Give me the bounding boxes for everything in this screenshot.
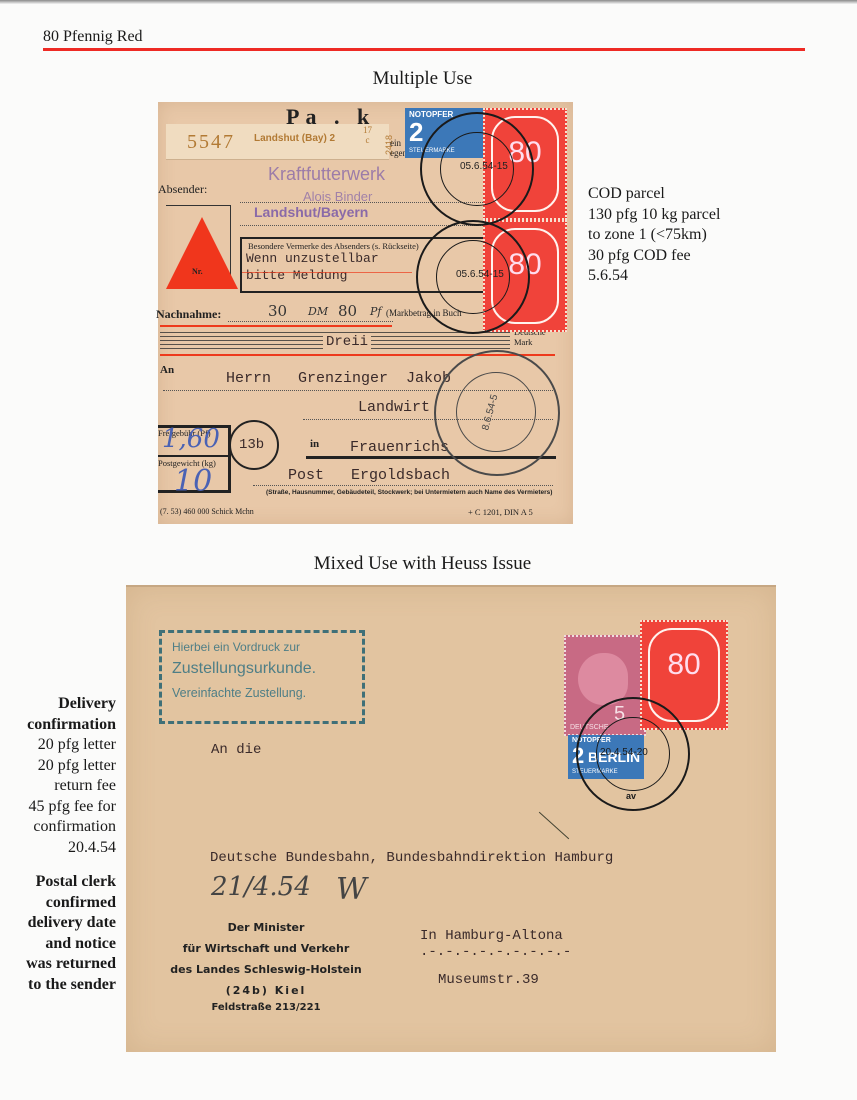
amount-words: Dreii	[323, 334, 371, 350]
pf-symbol: Pf	[370, 305, 381, 318]
registration-place: Landshut (Bay) 2	[254, 133, 335, 144]
special-notes-line: Wenn unzustellbar	[246, 251, 379, 266]
divider	[166, 205, 230, 206]
postmark-landshut: 05.6.54-15	[416, 220, 530, 334]
address-hint: (Straße, Hausnummer, Gebäudeteil, Stockw…	[266, 489, 552, 496]
top-edge-shadow	[0, 0, 857, 4]
header-fragment: ein	[390, 138, 401, 148]
delivery-cachet: Hierbei ein Vordruck zur Zustellungsurku…	[159, 630, 365, 724]
dash-line: .-.-.-.-.-.-.-.-.-	[420, 944, 571, 960]
delivery-confirmation-note: Delivery confirmation 20 pfg letter 20 p…	[0, 694, 116, 995]
city-line: In Hamburg-Altona	[420, 928, 563, 944]
registration-label: 5547 Landshut (Bay) 2 17c 2418	[166, 124, 389, 160]
cod-parcel-card: Pa . k 5547 Landshut (Bay) 2 17c 2418 ei…	[158, 102, 573, 524]
page-header: 80 Pfennig Red	[43, 28, 143, 46]
sender-imprint: Der Minister für Wirtschaft und Verkehr …	[141, 917, 391, 1015]
red-strike	[242, 272, 412, 273]
red-rule	[160, 325, 392, 327]
section-title-multiple-use: Multiple Use	[300, 68, 545, 90]
postmark-ergoldsbach: 8.6.54-5	[434, 350, 560, 476]
dotted-line	[228, 321, 393, 322]
pen-mark	[539, 812, 569, 840]
post-office-line: Post Ergoldsbach	[288, 467, 450, 484]
nachnahme-label: Nachnahme:	[156, 307, 221, 322]
in-label: in	[310, 438, 319, 450]
sender-stamp-line: Landshut/Bayern	[254, 204, 368, 220]
nachnahme-dm-value: 30	[268, 302, 287, 320]
destination-town: Frauenrichs	[350, 439, 449, 456]
registration-code: 17c	[363, 125, 372, 145]
section-title-mixed-use: Mixed Use with Heuss Issue	[250, 553, 595, 575]
recipient-name: Herrn Grenzinger Jakob	[226, 370, 451, 387]
sender-stamp-line: Kraftfutterwerk	[268, 164, 385, 185]
handwritten-initial: W	[336, 872, 367, 907]
postmark-landshut: 05.6.54-15	[420, 112, 534, 226]
cod-parcel-note: COD parcel 130 pfg 10 kg parcel to zone …	[588, 184, 720, 287]
routing-code: 13b	[239, 437, 264, 453]
registration-number: 5547	[187, 131, 235, 154]
printer-line: (7. 53) 460 000 Schick Mchn	[160, 507, 254, 516]
absender-label: Absender:	[158, 182, 207, 197]
dotted-line	[253, 485, 553, 486]
an-die-label: An die	[211, 742, 261, 758]
addressee-line: Deutsche Bundesbahn, Bundesbahndirektion…	[210, 850, 613, 866]
cod-triangle-label: Nr.	[192, 267, 203, 276]
envelope-cover: Hierbei ein Vordruck zur Zustellungsurku…	[126, 585, 776, 1052]
special-notes-line: bitte Meldung	[246, 268, 347, 283]
freigebuehr-value: 1,60	[162, 424, 220, 454]
an-label: An	[160, 364, 174, 376]
form-number: + C 1201, DIN A 5	[468, 507, 533, 517]
header-rule	[43, 48, 805, 51]
cod-triangle	[166, 217, 238, 289]
dm-symbol: DM	[308, 305, 328, 318]
handwritten-delivery-date: 21/4.54	[211, 872, 311, 902]
recipient-occupation: Landwirt	[358, 399, 430, 416]
fee-box-divider	[158, 455, 228, 457]
postgewicht-value: 10	[174, 464, 212, 499]
postmark-kiel: 20.4.54-20 av	[576, 697, 690, 811]
special-notes-label: Besondere Vermerke des Absenders (s. Rüc…	[248, 241, 419, 251]
street-line: Museumstr.39	[438, 972, 539, 988]
nachnahme-pf-value: 80	[338, 302, 357, 320]
